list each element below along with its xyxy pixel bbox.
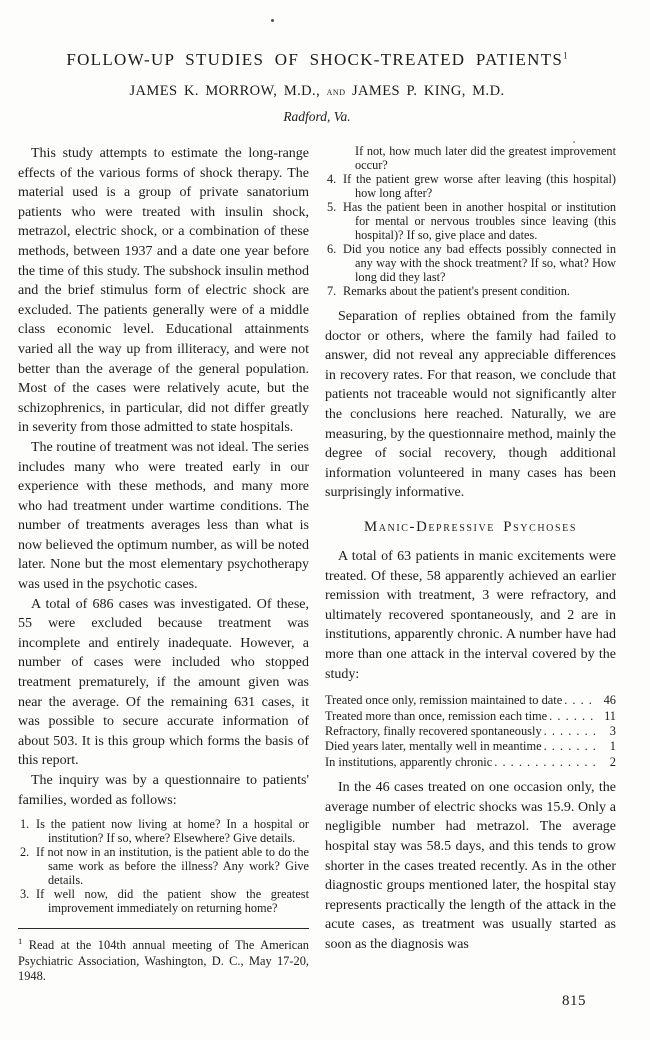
row-value: 3 [599, 724, 616, 739]
item-number: 3. [20, 887, 36, 901]
questionnaire-item-3-continuation: If not, how much later did the greatest … [325, 144, 616, 172]
dot-leader [564, 693, 597, 708]
scan-speck [573, 141, 575, 143]
table-row: Refractory, finally recovered spontaneou… [325, 724, 616, 739]
questionnaire-item-7: 7.Remarks about the patient's present co… [325, 284, 616, 298]
author-name-2: JAMES P. KING, M.D. [352, 83, 504, 99]
footnote-separator [18, 928, 309, 929]
item-text: If the patient grew worse after leaving … [343, 172, 616, 200]
row-label: Refractory, finally recovered spontaneou… [325, 724, 542, 739]
dot-leader [494, 755, 597, 770]
paragraph-case-totals: A total of 686 cases was investigated. O… [18, 595, 309, 771]
two-column-body: This study attempts to estimate the long… [18, 144, 616, 1010]
item-text: If not now in an institution, is the pat… [36, 845, 309, 887]
paragraph-questionnaire-intro: The inquiry was by a questionnaire to pa… [18, 771, 309, 810]
authors-line: JAMES K. MORROW, M.D., and JAMES P. KING… [18, 83, 616, 100]
questionnaire-item-6: 6.Did you notice any bad effects possibl… [325, 242, 616, 284]
questionnaire-list-items-1-3: 1.Is the patient now living at home? In … [18, 817, 309, 915]
questionnaire-list-items-4-7: 4.If the patient grew worse after leavin… [325, 172, 616, 298]
location-line: Radford, Va. [18, 109, 616, 125]
page-title: FOLLOW-UP STUDIES OF SHOCK-TREATED PATIE… [18, 50, 616, 70]
paper-page: FOLLOW-UP STUDIES OF SHOCK-TREATED PATIE… [0, 0, 650, 1010]
scan-speck [271, 19, 274, 22]
section-heading-manic-depressive: Manic-Depressive Psychoses [325, 519, 616, 536]
item-number: 2. [20, 845, 36, 859]
paragraph-study-scope: This study attempts to estimate the long… [18, 144, 309, 438]
footnote: 1 Read at the 104th annual meeting of Th… [18, 934, 309, 984]
outcome-table: Treated once only, remission maintained … [325, 693, 616, 770]
paragraph-manic-patients: A total of 63 patients in manic exciteme… [325, 547, 616, 684]
dot-leader [544, 739, 597, 754]
item-text: If well now, did the patient show the gr… [36, 887, 309, 915]
title-text: FOLLOW-UP STUDIES OF SHOCK-TREATED PATIE… [66, 50, 563, 69]
row-value: 46 [599, 693, 616, 708]
row-value: 1 [599, 739, 616, 754]
dot-leader [544, 724, 597, 739]
paragraph-treatment-routine: The routine of treatment was not ideal. … [18, 438, 309, 595]
footnote-text: Read at the 104th annual meeting of The … [18, 938, 309, 982]
right-column: If not, how much later did the greatest … [325, 144, 616, 1010]
row-value: 11 [599, 709, 616, 724]
item-number: 1. [20, 817, 36, 831]
table-row: Treated once only, remission maintained … [325, 693, 616, 708]
table-row: Treated more than once, remission each t… [325, 709, 616, 724]
footnote-marker: 1 [18, 936, 22, 946]
row-value: 2 [599, 755, 616, 770]
table-row: In institutions, apparently chronic2 [325, 755, 616, 770]
item-text: Did you notice any bad effects possibly … [343, 242, 616, 284]
item-number: 5. [327, 200, 343, 214]
author-name-1: JAMES K. MORROW, M.D., [130, 83, 321, 99]
item-text: Has the patient been in another hospital… [343, 200, 616, 242]
row-label: Died years later, mentally well in meant… [325, 739, 542, 754]
item-number: 7. [327, 284, 343, 298]
item-text: Remarks about the patient's present cond… [343, 284, 570, 298]
paragraph-separation-of-replies: Separation of replies obtained from the … [325, 307, 616, 503]
title-footnote-marker: 1 [563, 50, 568, 60]
page-number: 815 [325, 993, 616, 1010]
paragraph-electric-shocks: In the 46 cases treated on one occasion … [325, 778, 616, 954]
item-number: 4. [327, 172, 343, 186]
item-number: 6. [327, 242, 343, 256]
table-row: Died years later, mentally well in meant… [325, 739, 616, 754]
left-column: This study attempts to estimate the long… [18, 144, 309, 1010]
questionnaire-item-5: 5.Has the patient been in another hospit… [325, 200, 616, 242]
questionnaire-item-2: 2.If not now in an institution, is the p… [18, 845, 309, 887]
row-label: In institutions, apparently chronic [325, 755, 492, 770]
row-label: Treated once only, remission maintained … [325, 693, 562, 708]
item-text: Is the patient now living at home? In a … [36, 817, 309, 845]
dot-leader [549, 709, 597, 724]
questionnaire-item-4: 4.If the patient grew worse after leavin… [325, 172, 616, 200]
footnote-block: 1 Read at the 104th annual meeting of Th… [18, 928, 309, 984]
and-conjunction: and [327, 84, 346, 98]
questionnaire-item-1: 1.Is the patient now living at home? In … [18, 817, 309, 845]
row-label: Treated more than once, remission each t… [325, 709, 547, 724]
questionnaire-item-3: 3.If well now, did the patient show the … [18, 887, 309, 915]
